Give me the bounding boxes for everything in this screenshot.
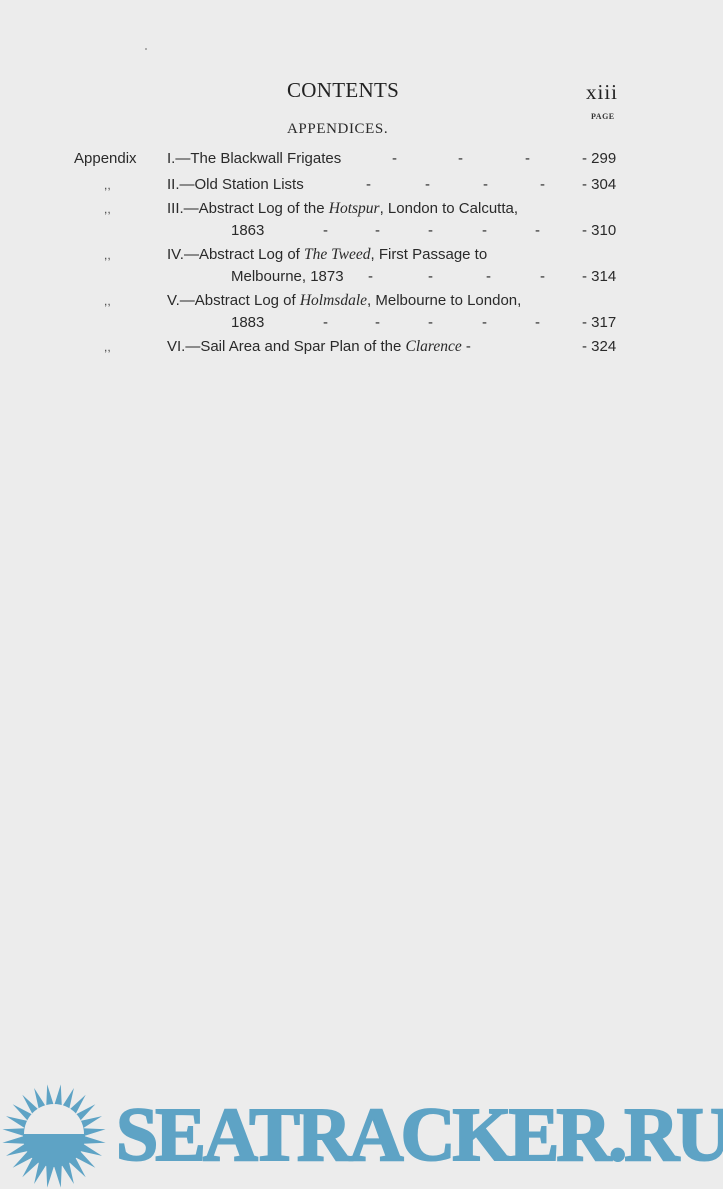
entry-title-line1: VI.—Sail Area and Spar Plan of the Clare… [167, 338, 471, 356]
page-number: - 324 [582, 338, 616, 355]
page-number: - 304 [582, 176, 616, 193]
entry-title-line2: Melbourne, 1873 [231, 268, 344, 285]
entry-text: , First Passage to [370, 246, 487, 263]
ship-name: Hotspur [329, 200, 380, 217]
dot-leader: - [540, 268, 545, 285]
page-number: - 314 [582, 268, 616, 285]
ditto-mark: ,, [104, 294, 111, 308]
entry-lead-label: Appendix [74, 150, 137, 167]
dot-leader: - [482, 222, 487, 239]
ditto-mark: ,, [104, 202, 111, 216]
dot-leader: - [375, 314, 380, 331]
entry-text: II.—Old Station Lists [167, 176, 304, 193]
page-number: - 299 [582, 150, 616, 167]
dot-leader: - [392, 150, 397, 167]
entry-title-line2: 1863 [231, 222, 264, 239]
ship-name: Clarence [405, 338, 461, 355]
dot-leader: - [486, 268, 491, 285]
entry-title-line1: IV.—Abstract Log of The Tweed, First Pas… [167, 246, 487, 264]
dot-leader: - [366, 176, 371, 193]
page-number: - 317 [582, 314, 616, 331]
contents-entry: ,,VI.—Sail Area and Spar Plan of the Cla… [0, 338, 723, 360]
dot-leader: - [323, 222, 328, 239]
running-head: CONTENTS xiii [0, 78, 723, 108]
ditto-mark: ,, [104, 340, 111, 354]
entry-text: 1883 [231, 314, 264, 331]
watermark-logo: SEATRACKER.RU [0, 1084, 723, 1189]
dot-leader: - [368, 268, 373, 285]
dot-leader: - [428, 268, 433, 285]
contents-entry: AppendixI.—The Blackwall Frigates---- 29… [0, 150, 723, 172]
entry-title-line1: II.—Old Station Lists [167, 176, 304, 193]
dot-leader: - [425, 176, 430, 193]
ditto-mark: ,, [104, 178, 111, 192]
dot-leader: - [535, 314, 540, 331]
dot-leader: - [428, 314, 433, 331]
entry-text: 1863 [231, 222, 264, 239]
contents-entry: ,,II.—Old Station Lists----- 304 [0, 176, 723, 198]
page-number-folio: xiii [586, 80, 618, 105]
entry-text: , London to Calcutta, [380, 200, 518, 217]
ship-name: Holmsdale [300, 292, 367, 309]
dot-leader: - [540, 176, 545, 193]
ditto-mark: ,, [104, 248, 111, 262]
section-title: APPENDICES. [287, 121, 388, 138]
entry-title-line1: I.—The Blackwall Frigates [167, 150, 341, 167]
dot-leader: - [483, 176, 488, 193]
dot-leader: - [525, 150, 530, 167]
entry-text: Melbourne, 1873 [231, 268, 344, 285]
dot-leader: - [482, 314, 487, 331]
contents-entry: ,,III.—Abstract Log of the Hotspur, Lond… [0, 200, 723, 244]
entry-text: - [462, 338, 471, 355]
contents-entry: ,,V.—Abstract Log of Holmsdale, Melbourn… [0, 292, 723, 336]
document-page: CONTENTS xiii PAGE APPENDICES. AppendixI… [0, 0, 723, 1189]
dot-leader: - [428, 222, 433, 239]
entry-text: I.—The Blackwall Frigates [167, 150, 341, 167]
ship-name: The Tweed [304, 246, 370, 263]
entry-text: V.—Abstract Log of [167, 292, 300, 309]
page-column-label: PAGE [591, 112, 615, 121]
entry-text: , Melbourne to London, [367, 292, 521, 309]
entry-text: III.—Abstract Log of the [167, 200, 329, 217]
dot-leader: - [375, 222, 380, 239]
entry-text: IV.—Abstract Log of [167, 246, 304, 263]
watermark-text: SEATRACKER.RU [116, 1097, 723, 1173]
entry-title-line1: V.—Abstract Log of Holmsdale, Melbourne … [167, 292, 521, 310]
entry-title-line1: III.—Abstract Log of the Hotspur, London… [167, 200, 518, 218]
running-head-title: CONTENTS [287, 78, 399, 103]
page-number: - 310 [582, 222, 616, 239]
sun-icon [0, 1084, 110, 1189]
dot-leader: - [535, 222, 540, 239]
entry-text: VI.—Sail Area and Spar Plan of the [167, 338, 405, 355]
entry-title-line2: 1883 [231, 314, 264, 331]
contents-entry: ,,IV.—Abstract Log of The Tweed, First P… [0, 246, 723, 290]
dot-leader: - [323, 314, 328, 331]
dot-leader: - [458, 150, 463, 167]
paper-speck [145, 48, 147, 50]
